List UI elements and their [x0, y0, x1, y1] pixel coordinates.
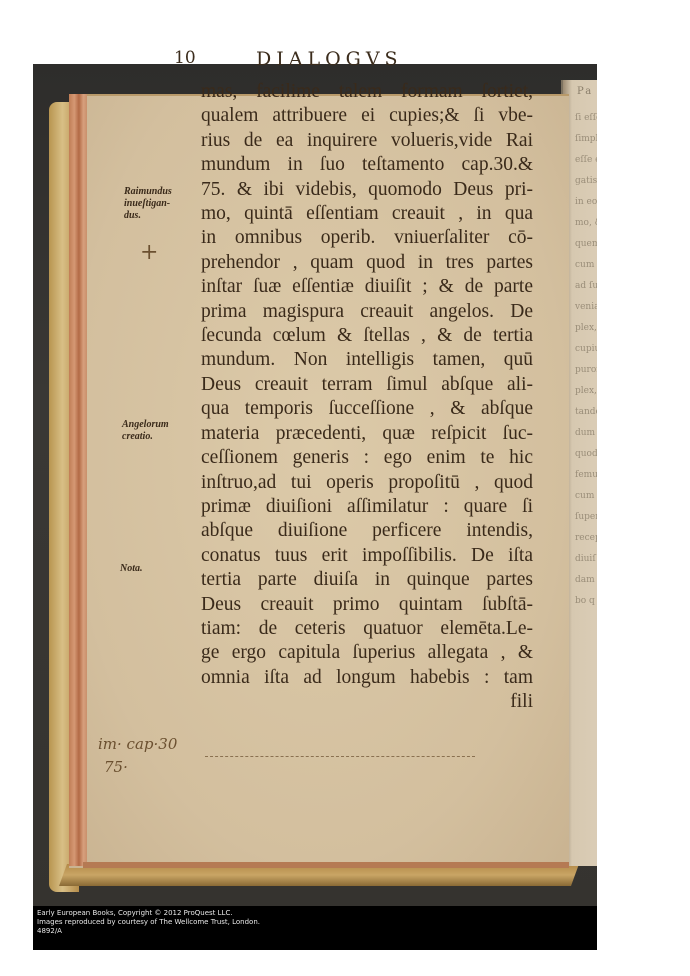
text-line: ceſſionem generis : ego enim te hic: [201, 446, 533, 470]
text-line: tertia parte diuiſa in quinque partes: [201, 568, 533, 592]
text-line: qua temporis ſucceſſione , & abſque: [201, 397, 533, 421]
text-line: 75. & ibi videbis, quomodo Deus pri-: [201, 178, 533, 202]
text-line: primæ diuiſioni aſſimilatur : quare ſi: [201, 495, 533, 519]
facing-page-head: Pa: [577, 86, 593, 97]
text-line: inſtruo,ad tui operis propoſitū , quod: [201, 471, 533, 495]
red-page-edge: [69, 94, 87, 866]
caption-line-copyright: Early European Books, Copyright © 2012 P…: [37, 909, 597, 918]
text-line: conatus tuus erit impoſſibilis. De iſta: [201, 544, 533, 568]
body-text: mas, facilime talem formam ſortiet, qual…: [201, 80, 533, 715]
margin-note-nota: Nota.: [120, 563, 143, 575]
margin-note-angelorum: Angelorum creatio.: [122, 419, 169, 443]
text-line: inſtar ſuæ eſſentiæ diuiſit ; & de parte: [201, 275, 533, 299]
handwritten-annotation: im· cap·30: [98, 735, 177, 753]
copyright-caption: Early European Books, Copyright © 2012 P…: [33, 906, 597, 950]
text-line: ge ergo capitula ſuperius allegata , &: [201, 641, 533, 665]
text-line: qualem attribuere ei cupies;& ſi vbe-: [201, 104, 533, 128]
margin-note-raimundus: Raimundus inueſtigan- dus.: [124, 186, 172, 222]
red-page-bottom-edge: [83, 862, 569, 868]
handwritten-annotation-2: 75·: [104, 758, 128, 776]
running-head: DIALOGVS: [256, 48, 403, 70]
text-line: materia præcedenti, quæ reſpicit ſuc-: [201, 422, 533, 446]
page-number: 10: [174, 48, 196, 68]
text-line: abſque diuiſione perficere intendis,: [201, 519, 533, 543]
text-line: prehendor , quam quod in tres partes: [201, 251, 533, 275]
text-line: mundum. Non intelligis tamen, quū: [201, 348, 533, 372]
catchword: fili: [201, 690, 533, 714]
handwritten-cross-mark: +: [140, 240, 158, 265]
text-line: omnia iſta ad longum habebis : tam: [201, 666, 533, 690]
text-line: in omnibus operib. vniuerſaliter cō-: [201, 226, 533, 250]
text-line: prima magispura creauit angelos. De: [201, 300, 533, 324]
text-line: Deus creauit terram ſimul abſque ali-: [201, 373, 533, 397]
text-line: mundum in ſuo teſtamento cap.30.&: [201, 153, 533, 177]
text-line: mo, quintā eſſentiam creauit , in qua: [201, 202, 533, 226]
caption-line-courtesy: Images reproduced by courtesy of The Wel…: [37, 918, 597, 927]
text-line: tiam: de ceteris quatuor elemēta.Le-: [201, 617, 533, 641]
text-line: rius de ea inquirere volueris,vide Rai: [201, 129, 533, 153]
caption-line-shelfmark: 4892/A: [37, 927, 597, 936]
text-line: mas, facilime talem formam ſortiet,: [201, 80, 533, 104]
text-line: ſecunda cœlum & ſtellas , & de tertia: [201, 324, 533, 348]
facing-page-text: ſi eſſet ve ſimplicitat eſſe empi gatis,…: [575, 108, 597, 612]
handwritten-underline: [205, 754, 475, 757]
text-line: Deus creauit primo quintam ſubſtā-: [201, 593, 533, 617]
